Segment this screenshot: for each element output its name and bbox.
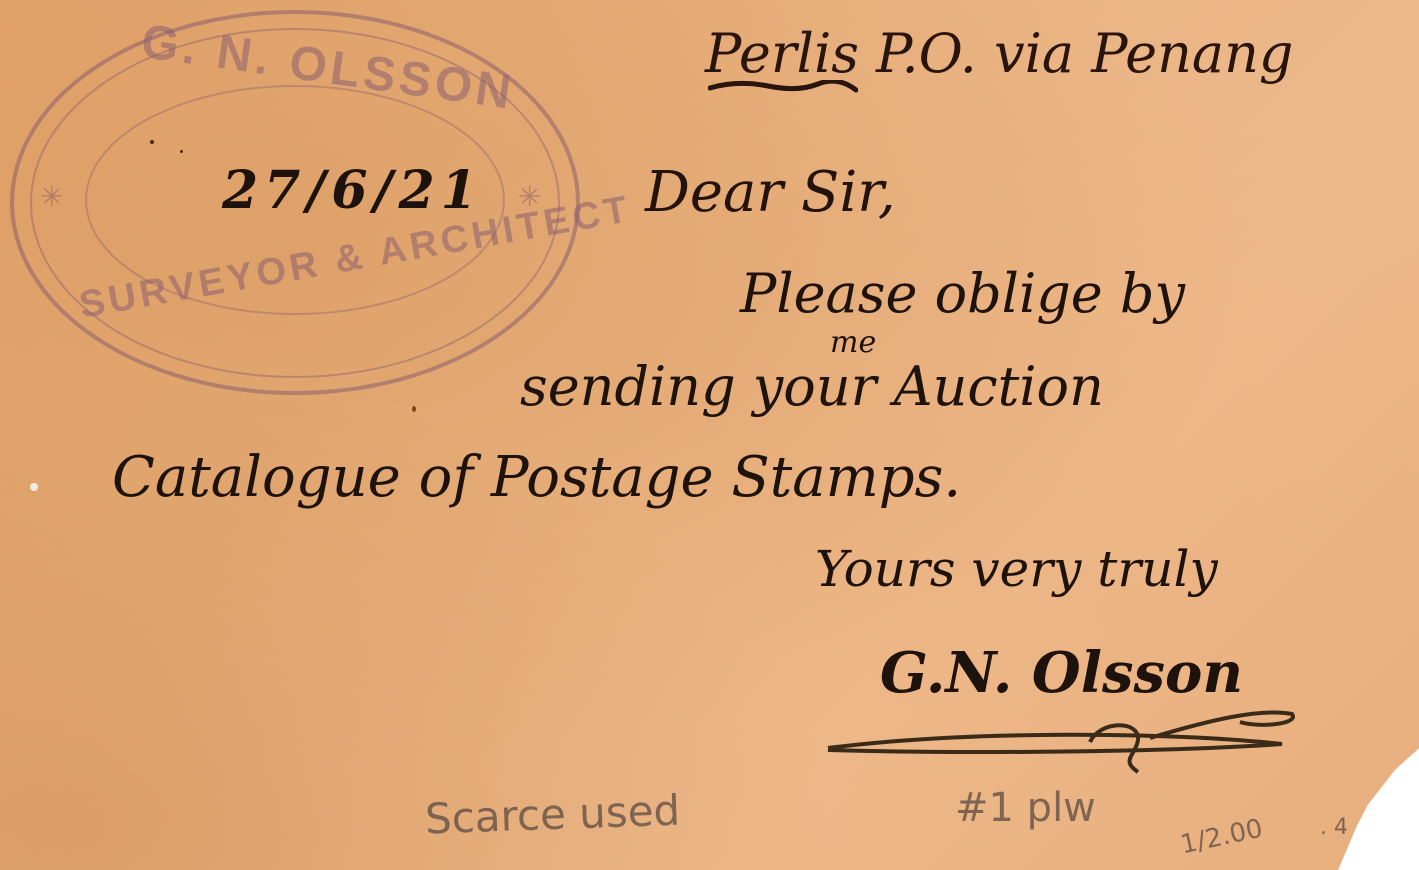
pencil-note-price: 1/2.00 bbox=[1178, 814, 1266, 861]
paper-speck bbox=[30, 483, 38, 491]
signature-flourish bbox=[820, 700, 1300, 780]
star-icon: ✳ bbox=[518, 180, 541, 213]
letter-date: 27/6/21 bbox=[222, 160, 483, 221]
pencil-note-mark: . 4 bbox=[1320, 815, 1348, 840]
body-line-2: sending your Auction bbox=[520, 355, 1104, 418]
signature: G.N. Olsson bbox=[880, 640, 1243, 706]
salutation: Dear Sir, bbox=[645, 160, 896, 225]
star-icon: ✳ bbox=[40, 180, 63, 213]
postcard: G. N. OLSSON SURVEYOR & ARCHITECT ✳ ✳ 27… bbox=[0, 0, 1419, 870]
address-underline bbox=[708, 80, 858, 94]
pencil-note-scarce-used: Scarce used bbox=[424, 786, 681, 844]
sender-address: Perlis P.O. via Penang bbox=[705, 22, 1293, 85]
body-line-3: Catalogue of Postage Stamps. bbox=[112, 445, 961, 510]
paper-speck bbox=[412, 406, 416, 412]
pencil-note-catalog-number: #1 plw bbox=[955, 785, 1096, 831]
body-line-1: Please oblige by bbox=[740, 262, 1185, 325]
closing: Yours very truly bbox=[815, 540, 1218, 598]
